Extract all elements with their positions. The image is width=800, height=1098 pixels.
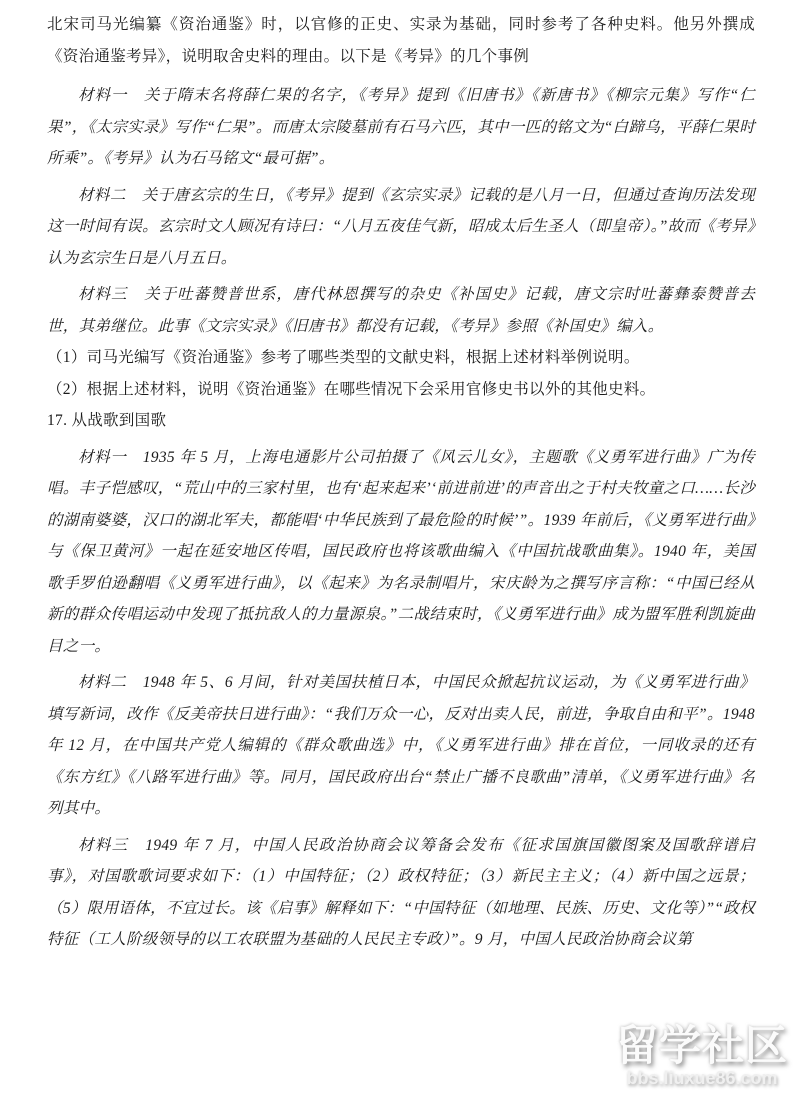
q17-material-2-paragraph: 材料二 1948 年 5、6 月间，针对美国扶植日本，中国民众掀起抗议运动，为《… (47, 667, 755, 825)
q16-intro-paragraph: 北宋司马光编纂《资治通鉴》时，以官修的正史、实录为基础，同时参考了各种史料。他另… (47, 9, 755, 72)
q17-material-3-paragraph: 材料三 1949 年 7 月，中国人民政治协商会议筹备会发布《征求国旗国徽图案及… (47, 830, 755, 956)
watermark-logo-text: 留学社区 (616, 1024, 788, 1068)
watermark: 留学社区 bbs.liuxue86.com (616, 1024, 788, 1088)
q16-material-1-paragraph: 材料一 关于隋末名将薛仁果的名字，《考异》提到《旧唐书》《新唐书》《柳宗元集》写… (47, 80, 755, 175)
q17-material-1-paragraph: 材料一 1935 年 5 月，上海电通影片公司拍摄了《风云儿女》，主题歌《义勇军… (47, 442, 755, 663)
q17-title: 17. 从战歌到国歌 (47, 405, 755, 437)
watermark-site-url: bbs.liuxue86.com (616, 1068, 788, 1088)
q16-material-3-paragraph: 材料三 关于吐蕃赞普世系，唐代林恩撰写的杂史《补国史》记载，唐文宗时吐蕃彝泰赞普… (47, 279, 755, 342)
q16-question-1: （1）司马光编写《资治通鉴》参考了哪些类型的文献史料，根据上述材料举例说明。 (47, 342, 755, 374)
document-page: 北宋司马光编纂《资治通鉴》时，以官修的正史、实录为基础，同时参考了各种史料。他另… (0, 0, 800, 956)
q16-material-2-paragraph: 材料二 关于唐玄宗的生日，《考异》提到《玄宗实录》记载的是八月一日，但通过查询历… (47, 180, 755, 275)
q16-question-2: （2）根据上述材料，说明《资治通鉴》在哪些情况下会采用官修史书以外的其他史料。 (47, 374, 755, 406)
